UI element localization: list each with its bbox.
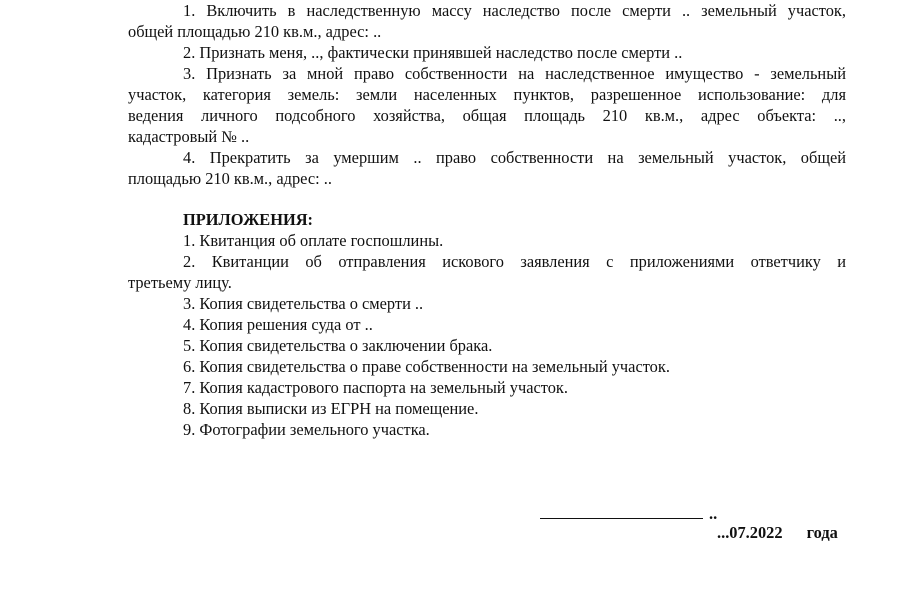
attachment-7: 7. Копия кадастрового паспорта на земель…	[128, 377, 846, 398]
attachment-5: 5. Копия свидетельства о заключении брак…	[128, 335, 846, 356]
signature-line: ..	[540, 503, 717, 524]
attachments-heading: ПРИЛОЖЕНИЯ:	[128, 209, 846, 230]
attachment-2-line-1: 2. Квитанции об отправления искового зая…	[128, 251, 846, 272]
signature-date: ...07.2022	[717, 523, 783, 542]
signature-year-word: года	[807, 523, 838, 542]
attachment-6: 6. Копия свидетельства о праве собственн…	[128, 356, 846, 377]
claim-3-line-1: 3. Признать за мной право собственности …	[128, 63, 846, 84]
attachment-2-line-2: третьему лицу.	[128, 272, 846, 293]
signature-underline	[540, 504, 703, 519]
claim-3-line-2: участок, категория земель: земли населен…	[128, 84, 846, 105]
claim-4-line-2: площадью 210 кв.м., адрес: ..	[128, 168, 846, 189]
claim-1-line-2: общей площадью 210 кв.м., адрес: ..	[128, 21, 846, 42]
claim-3-line-3: ведения личного подсобного хозяйства, об…	[128, 105, 846, 126]
signature-date-row: ...07.2022года	[717, 522, 838, 543]
attachment-4: 4. Копия решения суда от ..	[128, 314, 846, 335]
claim-4-line-1: 4. Прекратить за умершим .. право собств…	[128, 147, 846, 168]
attachment-3: 3. Копия свидетельства о смерти ..	[128, 293, 846, 314]
claim-2-line-1: 2. Признать меня, .., фактически принявш…	[128, 42, 846, 63]
attachment-8: 8. Копия выписки из ЕГРН на помещение.	[128, 398, 846, 419]
claim-1-line-1: 1. Включить в наследственную массу насле…	[128, 0, 846, 21]
signature-name: ..	[709, 504, 717, 523]
attachment-1: 1. Квитанция об оплате госпошлины.	[128, 230, 846, 251]
claim-3-line-4: кадастровый № ..	[128, 126, 846, 147]
attachment-9: 9. Фотографии земельного участка.	[128, 419, 846, 440]
